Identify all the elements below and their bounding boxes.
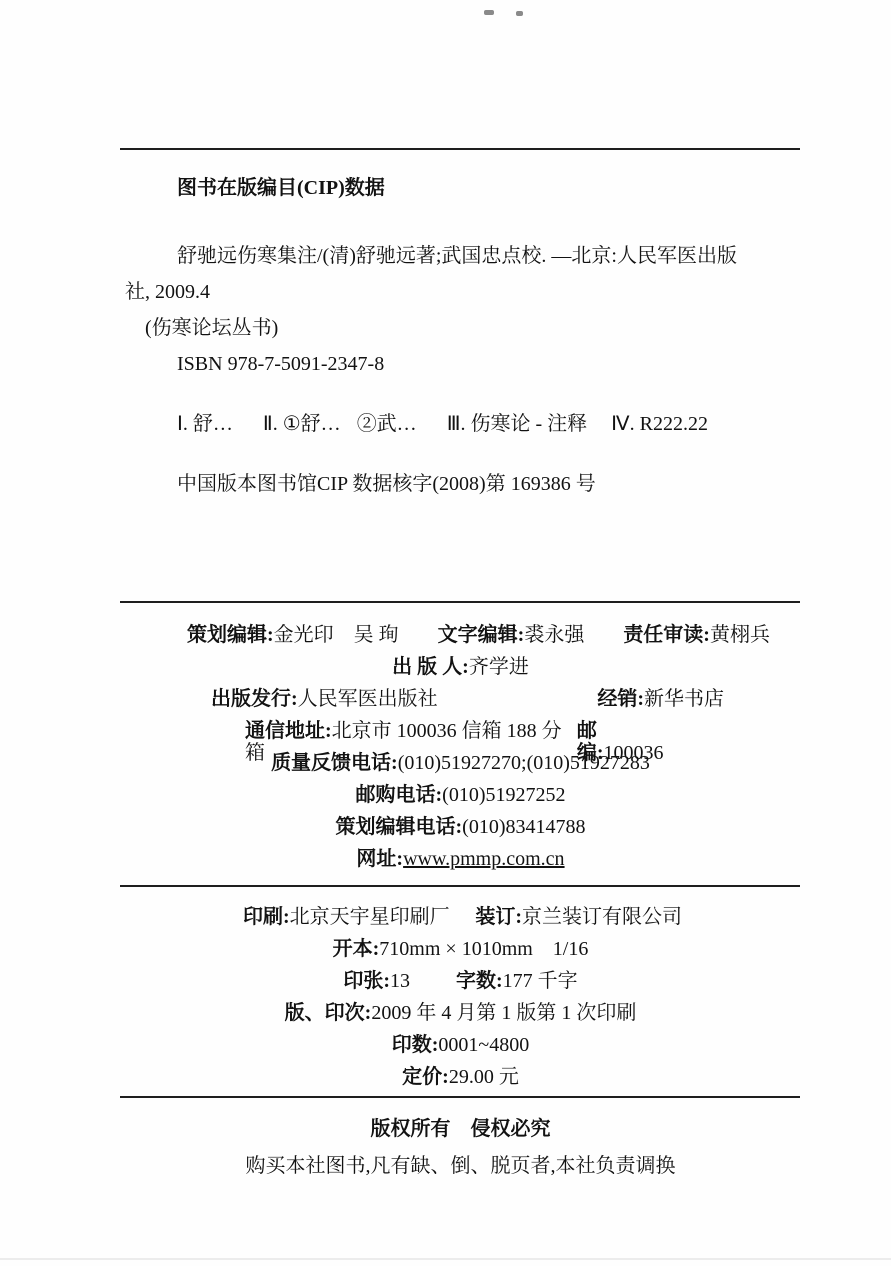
print-run-row: 印数:0001~4800 bbox=[121, 1034, 800, 1066]
address-pair: 通信地址:北京市 100036 信箱 188 分箱 bbox=[245, 720, 577, 752]
series-note-text: (伤寒论坛丛书) bbox=[145, 317, 278, 339]
scan-speck bbox=[484, 10, 494, 15]
distributor-label: 经销: bbox=[597, 688, 644, 710]
printer-row: 印刷:北京天宇星印刷厂 装订:京兰装订有限公司 bbox=[121, 906, 800, 938]
cip-header-text: 图书在版编目(CIP)数据 bbox=[177, 177, 385, 199]
review-reader-pair: 责任审读:黄栩兵 bbox=[623, 624, 770, 656]
binder-pair: 装订:京兰装订有限公司 bbox=[475, 906, 682, 938]
planning-phone-label: 策划编辑电话: bbox=[336, 816, 463, 838]
isbn-line: ISBN 978-7-5091-2347-8 bbox=[121, 346, 800, 382]
edition-value: 2009 年 4 月第 1 版第 1 次印刷 bbox=[371, 1002, 636, 1024]
price-row: 定价:29.00 元 bbox=[121, 1066, 800, 1098]
word-count-pair: 字数:177 千字 bbox=[456, 970, 578, 1002]
exchange-notice: 购买本社图书,凡有缺、倒、脱页者,本社负责调换 bbox=[121, 1146, 800, 1186]
sheets-label: 印张: bbox=[343, 970, 390, 992]
review-reader-value: 黄栩兵 bbox=[710, 624, 770, 646]
publisher-person-row: 出 版 人:齐学进 bbox=[121, 656, 800, 688]
format-value: 710mm × 1010mm 1/16 bbox=[379, 938, 588, 960]
price-value: 29.00 元 bbox=[449, 1066, 519, 1088]
planning-editor-pair: 策划编辑:金光印 吴 珣 bbox=[187, 624, 399, 656]
mail-order-phone-value: (010)51927252 bbox=[442, 784, 565, 806]
cip-entry-line-2: 社, 2009.4 bbox=[121, 274, 800, 310]
planning-editor-label: 策划编辑: bbox=[187, 624, 274, 646]
address-label: 通信地址: bbox=[245, 720, 332, 742]
mail-order-phone-label: 邮购电话: bbox=[356, 784, 443, 806]
sheets-value: 13 bbox=[390, 970, 410, 992]
review-reader-label: 责任审读: bbox=[623, 624, 710, 646]
scan-speck bbox=[516, 11, 523, 16]
publisher-row: 出版发行:人民军医出版社 经销:新华书店 bbox=[121, 688, 800, 720]
publisher-label: 出版发行: bbox=[211, 688, 298, 710]
planning-phone-row: 策划编辑电话:(010)83414788 bbox=[121, 816, 800, 848]
feedback-phone-label: 质量反馈电话: bbox=[271, 752, 398, 774]
binder-label: 装订: bbox=[475, 906, 522, 928]
cip-registry-text: 中国版本图书馆CIP 数据核字(2008)第 169386 号 bbox=[177, 473, 596, 495]
mail-order-phone-row: 邮购电话:(010)51927252 bbox=[121, 784, 800, 816]
horizontal-rule-bottom bbox=[120, 1096, 800, 1098]
feedback-phone-value: (010)51927270;(010)51927283 bbox=[398, 752, 650, 774]
price-label: 定价: bbox=[402, 1066, 449, 1088]
editors-row: 策划编辑:金光印 吴 珣 文字编辑:裘永强 责任审读:黄栩兵 bbox=[121, 624, 800, 656]
website-label: 网址: bbox=[356, 848, 403, 870]
rights-notice-text: 版权所有 侵权必究 bbox=[371, 1118, 551, 1140]
classification-item: Ⅲ. 伤寒论 - 注释 bbox=[447, 406, 587, 442]
printer-label: 印刷: bbox=[243, 906, 290, 928]
text-editor-label: 文字编辑: bbox=[438, 624, 525, 646]
printer-pair: 印刷:北京天宇星印刷厂 bbox=[243, 906, 450, 938]
exchange-notice-text: 购买本社图书,凡有缺、倒、脱页者,本社负责调换 bbox=[246, 1155, 676, 1177]
classification-line: Ⅰ. 舒…Ⅱ. ①舒…②武…Ⅲ. 伤寒论 - 注释Ⅳ. R222.22 bbox=[121, 406, 800, 442]
postcode-pair: 邮编:100036 bbox=[577, 720, 682, 752]
format-label: 开本: bbox=[333, 938, 380, 960]
address-row: 通信地址:北京市 100036 信箱 188 分箱 邮编:100036 bbox=[121, 720, 800, 752]
publisher-person-value: 齐学进 bbox=[469, 656, 529, 678]
cip-entry-text-1: 舒驰远伤寒集注/(清)舒驰远著;武国忠点校. —北京:人民军医出版 bbox=[177, 245, 737, 267]
word-count-label: 字数: bbox=[456, 970, 503, 992]
footer-section: 版权所有 侵权必究 购买本社图书,凡有缺、倒、脱页者,本社负责调换 bbox=[121, 1112, 800, 1186]
horizontal-rule-top bbox=[120, 148, 800, 150]
feedback-phone-row: 质量反馈电话:(010)51927270;(010)51927283 bbox=[121, 752, 800, 784]
cip-registry-line: 中国版本图书馆CIP 数据核字(2008)第 169386 号 bbox=[121, 466, 800, 502]
cip-header: 图书在版编目(CIP)数据 bbox=[121, 170, 800, 206]
binder-value: 京兰装订有限公司 bbox=[522, 906, 682, 928]
edition-label: 版、印次: bbox=[285, 1002, 372, 1024]
publisher-value: 人民军医出版社 bbox=[298, 688, 438, 710]
website-value: www.pmmp.com.cn bbox=[403, 848, 564, 870]
bottom-scan-edge bbox=[0, 1258, 891, 1260]
edition-row: 版、印次:2009 年 4 月第 1 版第 1 次印刷 bbox=[121, 1002, 800, 1034]
planning-editor-value: 金光印 吴 珣 bbox=[274, 624, 399, 646]
text-editor-value: 裘永强 bbox=[524, 624, 584, 646]
publisher-pair: 出版发行:人民军医出版社 bbox=[211, 688, 438, 720]
cip-entry-line-1: 舒驰远伤寒集注/(清)舒驰远著;武国忠点校. —北京:人民军医出版 bbox=[121, 238, 800, 274]
book-copyright-page: 图书在版编目(CIP)数据 舒驰远伤寒集注/(清)舒驰远著;武国忠点校. —北京… bbox=[0, 0, 891, 1266]
horizontal-rule-mid-1 bbox=[120, 601, 800, 603]
text-editor-pair: 文字编辑:裘永强 bbox=[438, 624, 585, 656]
isbn-text: ISBN 978-7-5091-2347-8 bbox=[177, 353, 384, 375]
cip-section: 图书在版编目(CIP)数据 舒驰远伤寒集注/(清)舒驰远著;武国忠点校. —北京… bbox=[121, 170, 800, 502]
classification-item: Ⅳ. R222.22 bbox=[611, 406, 708, 442]
rights-notice: 版权所有 侵权必究 bbox=[121, 1112, 800, 1146]
classification-item: Ⅱ. ①舒… bbox=[263, 406, 341, 442]
series-note: (伤寒论坛丛书) bbox=[121, 310, 800, 346]
word-count-value: 177 千字 bbox=[503, 970, 578, 992]
distributor-value: 新华书店 bbox=[644, 688, 724, 710]
print-run-value: 0001~4800 bbox=[438, 1034, 529, 1056]
website-row: 网址:www.pmmp.com.cn bbox=[121, 848, 800, 880]
cip-entry-text-2: 社, 2009.4 bbox=[125, 281, 210, 303]
sheets-pair: 印张:13 bbox=[343, 970, 410, 1002]
sheets-wordcount-row: 印张:13 字数:177 千字 bbox=[121, 970, 800, 1002]
printing-section: 印刷:北京天宇星印刷厂 装订:京兰装订有限公司 开本:710mm × 1010m… bbox=[121, 906, 800, 1098]
printer-value: 北京天宇星印刷厂 bbox=[290, 906, 450, 928]
classification-item: Ⅰ. 舒… bbox=[177, 406, 233, 442]
planning-phone-value: (010)83414788 bbox=[462, 816, 585, 838]
publisher-person-label: 出 版 人: bbox=[392, 656, 469, 678]
classification-item: ②武… bbox=[357, 406, 417, 442]
format-row: 开本:710mm × 1010mm 1/16 bbox=[121, 938, 800, 970]
colophon-section: 策划编辑:金光印 吴 珣 文字编辑:裘永强 责任审读:黄栩兵 出 版 人:齐学进… bbox=[121, 624, 800, 880]
horizontal-rule-mid-2 bbox=[120, 885, 800, 887]
print-run-label: 印数: bbox=[392, 1034, 439, 1056]
distributor-pair: 经销:新华书店 bbox=[597, 688, 724, 720]
